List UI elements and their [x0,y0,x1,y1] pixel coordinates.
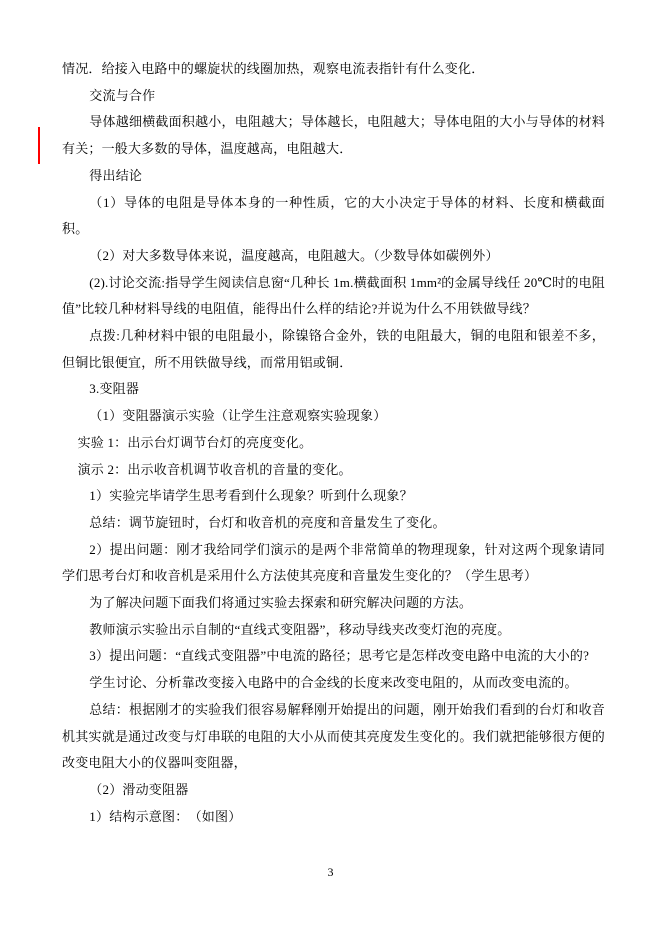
paragraph: 总结：调节旋钮时，台灯和收音机的亮度和音量发生了变化。 [62,510,605,537]
page-number: 3 [0,864,661,880]
paragraph: 实验 1：出示台灯调节台灯的亮度变化。 [62,430,605,457]
paragraph: 总结：根据刚才的实验我们很容易解释刚开始提出的问题，刚开始我们看到的台灯和收音机… [62,697,605,777]
document-page: 情况．给接入电路中的螺旋状的线圈加热，观察电流表指针有什么变化．交流与合作导体越… [0,0,661,936]
tracked-change-bar [38,127,40,164]
paragraph: 1）结构示意图： （如图） [62,804,605,831]
paragraph: 得出结论 [62,163,605,190]
paragraph: （2）滑动变阻器 [62,777,605,804]
paragraph: （2）对大多数导体来说，温度越高，电阻越大。（少数导体如碳例外） [62,243,605,270]
paragraph: (2).讨论交流:指导学生阅读信息窗“几种长 1m.横截面积 1mm²的金属导线… [62,270,605,323]
paragraph: 教师演示实验出示自制的“直线式变阻器”，移动导线夹改变灯泡的亮度。 [62,617,605,644]
paragraph: 点拨:几种材料中银的电阻最小，除镍铬合金外，铁的电阻最大，铜的电阻和银差不多，但… [62,323,605,376]
paragraph: 3）提出问题：“直线式变阻器”中电流的路径；思考它是怎样改变电路中电流的大小的? [62,643,605,670]
paragraph: （1）变阻器演示实验（让学生注意观察实验现象） [62,403,605,430]
paragraph: 导体越细横截面积越小，电阻越大；导体越长，电阻越大；导体电阻的大小与导体的材料有… [62,109,605,162]
paragraph: 学生讨论、分析靠改变接入电路中的合金线的长度来改变电阻的，从而改变电流的。 [62,670,605,697]
paragraph: 为了解决问题下面我们将通过实验去探索和研究解决问题的方法。 [62,590,605,617]
paragraph: 演示 2：出示收音机调节收音机的音量的变化。 [62,457,605,484]
document-body: 情况．给接入电路中的螺旋状的线圈加热，观察电流表指针有什么变化．交流与合作导体越… [62,56,605,830]
paragraph: 交流与合作 [62,83,605,110]
paragraph: （1）导体的电阻是导体本身的一种性质，它的大小决定于导体的材料、长度和横截面积。 [62,190,605,243]
paragraph: 情况．给接入电路中的螺旋状的线圈加热，观察电流表指针有什么变化． [62,56,605,83]
paragraph: 2）提出问题：刚才我给同学们演示的是两个非常简单的物理现象，针对这两个现象请同学… [62,537,605,590]
paragraph: 1）实验完毕请学生思考看到什么现象？听到什么现象？ [62,483,605,510]
paragraph: 3.变阻器 [62,376,605,403]
